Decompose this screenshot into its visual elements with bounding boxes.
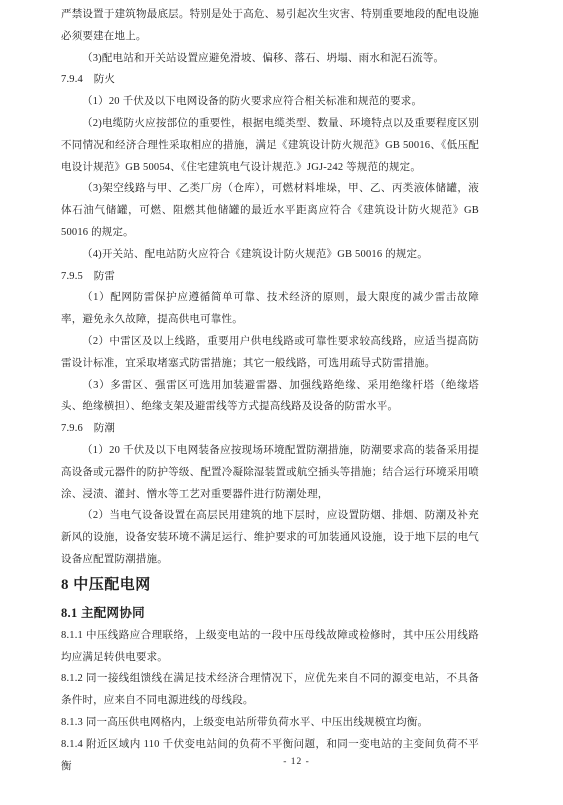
paragraph: （2）中雷区及以上线路，重要用户供电线路或可靠性要求较高线路，应适当提高防雷设计… <box>61 331 479 375</box>
document-page: 严禁设置于建筑物最底层。特别是处于高危、易引起次生灾害、特别重要地段的配电设施必… <box>0 0 563 805</box>
subsection-heading: 7.9.4 防火 <box>61 69 479 91</box>
paragraph: （2)电缆防火应按部位的重要性，根据电缆类型、数量、环境特点以及重要程度区别不同… <box>61 113 479 178</box>
paragraph: 8.1.1 中压线路应合理联络，上级变电站的一段中压母线故障或检修时，其中压公用… <box>61 625 479 669</box>
paragraph: （1）配网防雷保护应遵循简单可靠、技术经济的原则，最大限度的减少雷击故障率，避免… <box>61 287 479 331</box>
chapter-heading: 8 中压配电网 <box>61 573 479 597</box>
paragraph: 8.1.3 同一高压供电网格内，上级变电站所带负荷水平、中压出线规模宜均衡。 <box>61 712 479 734</box>
page-number: - 12 - <box>0 757 563 767</box>
paragraph: （2）当电气设备设置在高层民用建筑的地下层时，应设置防烟、排烟、防潮及补充新风的… <box>61 505 479 570</box>
paragraph: （3)架空线路与甲、乙类厂房（仓库），可燃材料堆垛，甲、乙、丙类液体储罐，液体石… <box>61 178 479 243</box>
paragraph: 8.1.4 附近区域内 110 千伏变电站间的负荷不平衡问题，和同一变电站的主变… <box>61 734 479 778</box>
subsection-heading: 7.9.6 防潮 <box>61 418 479 440</box>
section-heading: 8.1 主配网协同 <box>61 603 479 623</box>
subsection-heading: 7.9.5 防雷 <box>61 266 479 288</box>
document-body: 严禁设置于建筑物最底层。特别是处于高危、易引起次生灾害、特别重要地段的配电设施必… <box>61 4 479 777</box>
paragraph: （3）多雷区、强雷区可选用加装避雷器、加强线路绝缘、采用绝缘杆塔（绝缘塔头、绝缘… <box>61 375 479 419</box>
paragraph: （1）20 千伏及以下电网设备的防火要求应符合相关标准和规范的要求。 <box>61 91 479 113</box>
paragraph: （4)开关站、配电站防火应符合《建筑设计防火规范》GB 50016 的规定。 <box>61 244 479 266</box>
paragraph: 8.1.2 同一接线组馈线在满足技术经济合理情况下，应优先来自不同的源变电站，不… <box>61 668 479 712</box>
paragraph: （3)配电站和开关站设置应避免滑坡、偏移、落石、坍塌、雨水和泥石流等。 <box>61 48 479 70</box>
paragraph: 严禁设置于建筑物最底层。特别是处于高危、易引起次生灾害、特别重要地段的配电设施必… <box>61 4 479 48</box>
paragraph: （1）20 千伏及以下电网装备应按现场环境配置防潮措施，防潮要求高的装备采用提高… <box>61 440 479 505</box>
